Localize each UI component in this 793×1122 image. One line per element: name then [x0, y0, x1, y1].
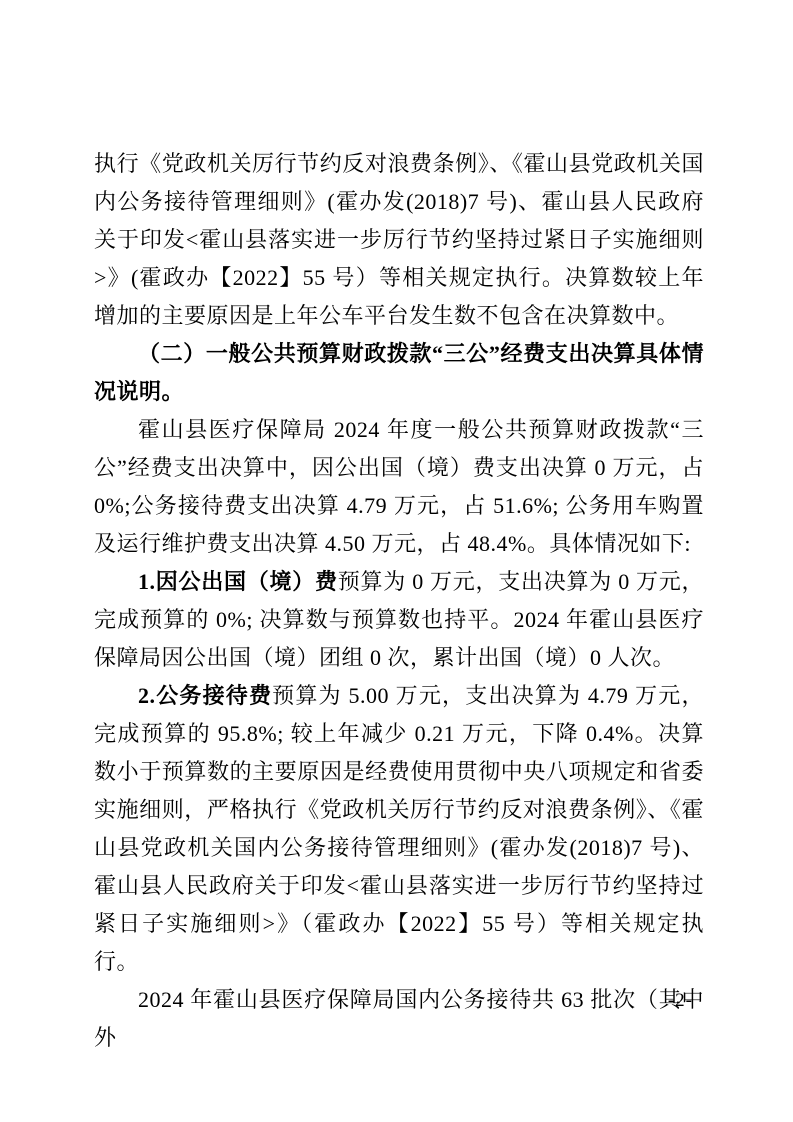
paragraph-overview: 霍山县医疗保障局 2024 年度一般公共预算财政拨款“三公”经费支出决算中，因公… — [94, 411, 704, 563]
paragraph-item-abroad: 1.因公出国（境）费预算为 0 万元，支出决算为 0 万元，完成预算的 0%; … — [94, 563, 704, 677]
document-page: 执行《党政机关厉行节约反对浪费条例》、《霍山县党政机关国内公务接待管理细则》(霍… — [0, 0, 793, 1122]
item-abroad-title: 1.因公出国（境）费 — [138, 569, 338, 594]
section-heading: （二）一般公共预算财政拨款“三公”经费支出决算具体情况说明。 — [94, 335, 704, 411]
item-reception-title: 2.公务接待费 — [138, 683, 272, 708]
page-number: -2- — [668, 990, 693, 1012]
paragraph-continuation-text: 执行《党政机关厉行节约反对浪费条例》、《霍山县党政机关国内公务接待管理细则》(霍… — [94, 151, 704, 328]
paragraph-overview-text: 霍山县医疗保障局 2024 年度一般公共预算财政拨款“三公”经费支出决算中，因公… — [94, 417, 704, 556]
paragraph-item-reception: 2.公务接待费预算为 5.00 万元，支出决算为 4.79 万元，完成预算的 9… — [94, 677, 704, 981]
document-body: 执行《党政机关厉行节约反对浪费条例》、《霍山县党政机关国内公务接待管理细则》(霍… — [94, 145, 704, 1057]
paragraph-reception-stats-text: 2024 年霍山县医疗保障局国内公务接待共 63 批次（其中外 — [94, 987, 704, 1050]
item-reception-text: 预算为 5.00 万元，支出决算为 4.79 万元，完成预算的 95.8%; 较… — [94, 683, 704, 974]
paragraph-reception-stats: 2024 年霍山县医疗保障局国内公务接待共 63 批次（其中外 — [94, 981, 704, 1057]
paragraph-continuation: 执行《党政机关厉行节约反对浪费条例》、《霍山县党政机关国内公务接待管理细则》(霍… — [94, 145, 704, 335]
section-heading-text: （二）一般公共预算财政拨款“三公”经费支出决算具体情况说明。 — [94, 341, 704, 404]
